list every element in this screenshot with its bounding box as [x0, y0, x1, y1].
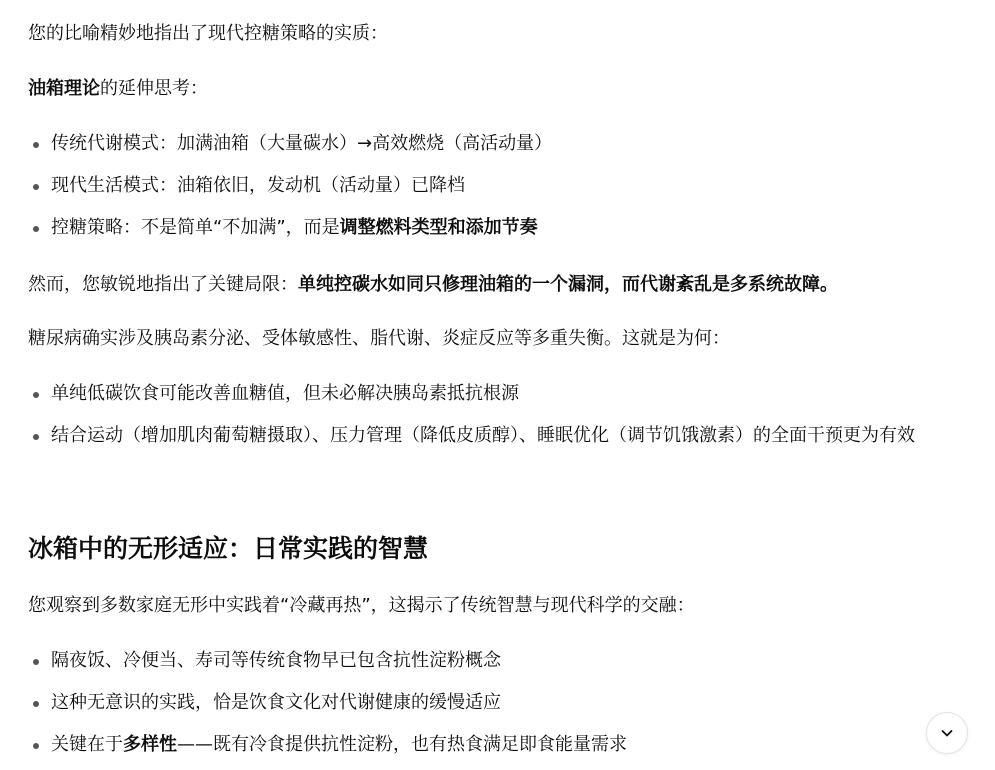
- list-item: 这种无意识的实践，恰是饮食文化对代谢健康的缓慢适应: [28, 689, 968, 717]
- bullet-icon: [33, 743, 39, 749]
- bullet-icon: [33, 659, 39, 665]
- section-heading: 冰箱中的无形适应：日常实践的智慧: [28, 531, 428, 567]
- limitation-paragraph: 然而，您敏锐地指出了关键局限：单纯控碳水如同只修理油箱的一个漏洞，而代谢紊乱是多…: [28, 271, 838, 299]
- intro-paragraph: 您的比喻精妙地指出了现代控糖策略的实质：: [28, 20, 388, 48]
- list-item: 现代生活模式：油箱依旧，发动机（活动量）已降档: [28, 172, 968, 200]
- list-item: 隔夜饭、冷便当、寿司等传统食物早已包含抗性淀粉概念: [28, 647, 968, 675]
- list-item: 传统代谢模式：加满油箱（大量碳水）→高效燃烧（高活动量）: [28, 130, 968, 158]
- bullet-icon: [33, 226, 39, 232]
- chevron-down-icon: [939, 725, 955, 741]
- bullet-icon: [33, 392, 39, 398]
- diabetes-paragraph: 糖尿病确实涉及胰岛素分泌、受体敏感性、脂代谢、炎症反应等多重失衡。这就是为何：: [28, 325, 730, 353]
- list-item: 控糖策略：不是简单“不加满”，而是调整燃料类型和添加节奏: [28, 214, 968, 242]
- bullet-icon: [33, 142, 39, 148]
- diabetes-list: 单纯低碳饮食可能改善血糖值，但未必解决胰岛素抵抗根源 结合运动（增加肌肉葡萄糖摄…: [28, 380, 968, 453]
- bullet-icon: [33, 434, 39, 440]
- bullet-icon: [33, 701, 39, 707]
- list-item: 结合运动（增加肌肉葡萄糖摄取）、压力管理（降低皮质醇）、睡眠优化（调节饥饿激素）…: [28, 419, 956, 453]
- list-item: 单纯低碳饮食可能改善血糖值，但未必解决胰岛素抵抗根源: [28, 380, 968, 408]
- list-item: 关键在于多样性——既有冷食提供抗性淀粉，也有热食满足即食能量需求: [28, 731, 968, 759]
- diversity-bold: 多样性: [123, 734, 177, 755]
- oil-tank-theory-bold: 油箱理论: [28, 78, 100, 99]
- oil-tank-list: 传统代谢模式：加满油箱（大量碳水）→高效燃烧（高活动量） 现代生活模式：油箱依旧…: [28, 130, 968, 242]
- fridge-intro-paragraph: 您观察到多数家庭无形中实践着“冷藏再热”，这揭示了传统智慧与现代科学的交融：: [28, 592, 695, 620]
- fridge-list: 隔夜饭、冷便当、寿司等传统食物早已包含抗性淀粉概念 这种无意识的实践，恰是饮食文…: [28, 647, 968, 759]
- bullet-icon: [33, 184, 39, 190]
- section-oil-tank-title: 油箱理论的延伸思考：: [28, 75, 208, 103]
- limitation-bold: 单纯控碳水如同只修理油箱的一个漏洞，而代谢紊乱是多系统故障。: [298, 274, 838, 295]
- scroll-to-bottom-button[interactable]: [926, 712, 968, 754]
